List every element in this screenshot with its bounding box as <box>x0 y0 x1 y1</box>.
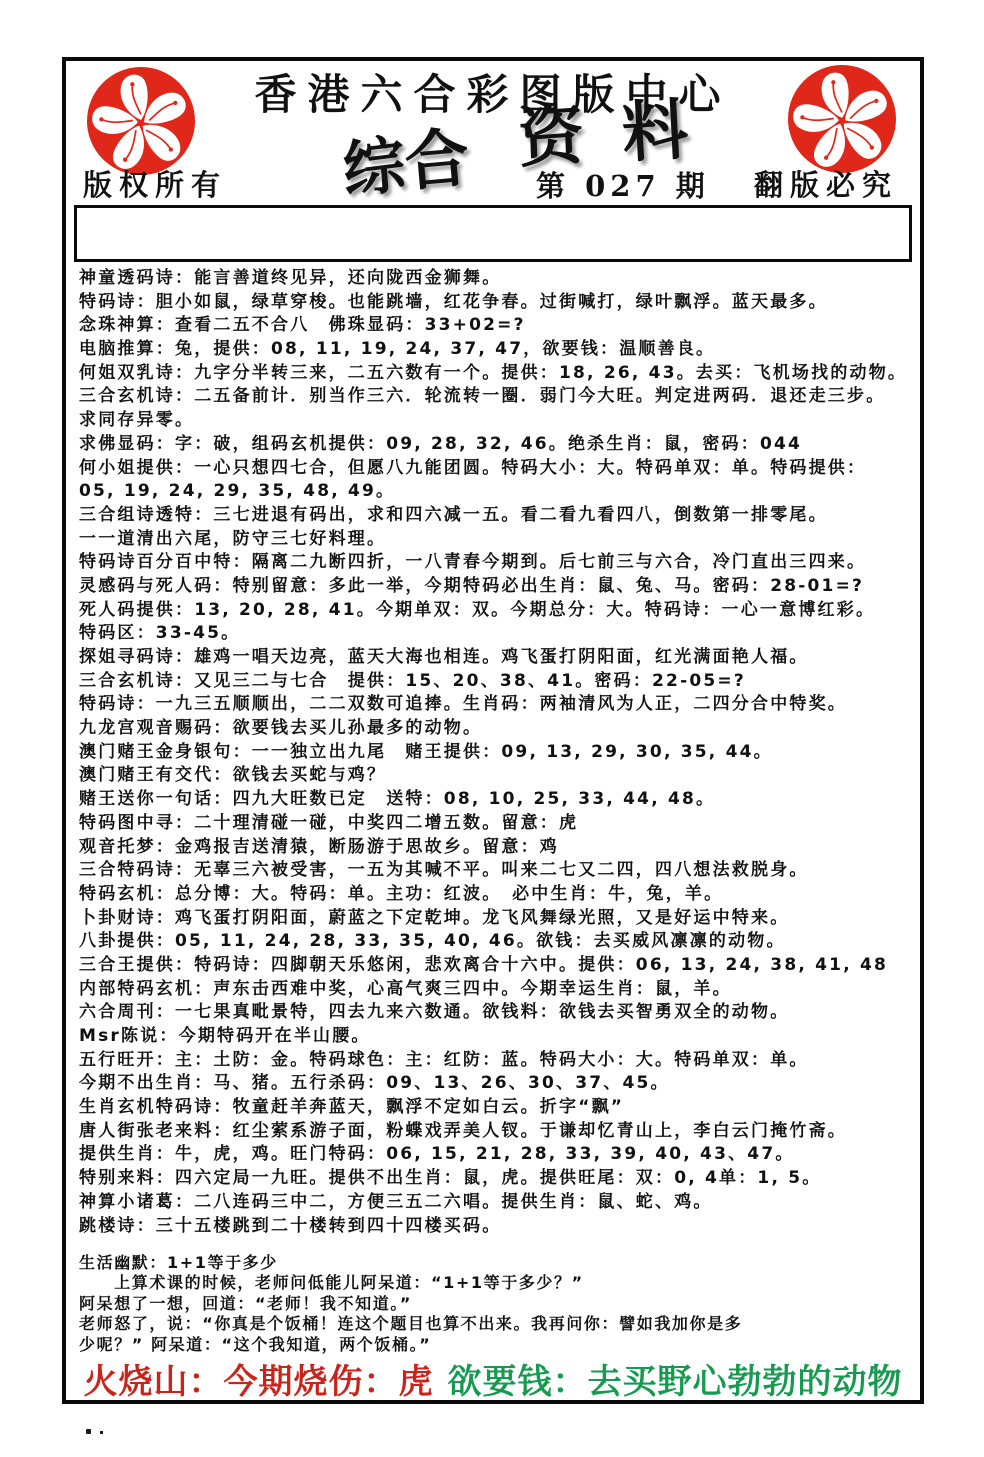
calligraphy-char: 料 <box>620 96 689 165</box>
text-line: 九龙宫观音赐码：欲要钱去买儿孙最多的动物。 <box>79 717 916 741</box>
text-line: 卜卦财诗：鸡飞蛋打阴阳面，蔚蓝之下定乾坤。龙飞风舞绿光照，又是好运中特来。 <box>79 907 916 931</box>
text-line: 特码诗：一九三五顺顺出，二二双数可追捧。生肖码：两袖清风为人正，二四分合中特奖。 <box>79 693 916 717</box>
text-line: 唐人街张老来料：红尘萦系游子面，粉蝶戏弄美人钗。于谦却忆青山上，李白云门掩竹斋。 <box>79 1120 916 1144</box>
text-line: 八卦提供：05, 11, 24, 28, 33, 35, 40, 46。欲钱：去… <box>79 930 916 954</box>
text-line: 三合王提供：特码诗：四脚朝天乐悠闲，悲欢离合十六中。提供：06, 13, 24,… <box>79 954 916 978</box>
content-lines: 神童透码诗：能言善道终见异，还向陇西金狮舞。特码诗：胆小如鼠，绿草穿梭。也能跳墙… <box>79 267 916 1238</box>
text-line: 05, 19, 24, 29, 35, 48, 49。 <box>79 480 916 504</box>
text-line: 特码诗：胆小如鼠，绿草穿梭。也能跳墙，红花争春。过街喊打，绿叶飘浮。蓝天最多。 <box>79 291 916 315</box>
text-line: 一一道清出六尾，防守三七好料理。 <box>79 528 916 552</box>
text-line: 生肖玄机特码诗：牧童赶羊奔蓝天，飘浮不定如白云。折字“飘” <box>79 1096 916 1120</box>
scan-artifact-dots <box>86 1429 91 1434</box>
text-line: 神童透码诗：能言善道终见异，还向陇西金狮舞。 <box>79 267 916 291</box>
text-line: 上算术课的时候，老师问低能儿阿呆道：“1+1等于多少？” <box>79 1273 916 1293</box>
text-line: 生活幽默：1+1等于多少 <box>79 1253 916 1273</box>
humor-lines: 生活幽默：1+1等于多少 上算术课的时候，老师问低能儿阿呆道：“1+1等于多少？… <box>79 1253 916 1355</box>
text-line: 何小姐提供：一心只想四七合，但愿八九能团圆。特码大小：大。特码单双：单。特码提供… <box>79 457 916 481</box>
text-line: 今期不出生肖：马、猪。五行杀码：09、13、26、30、37、45。 <box>79 1072 916 1096</box>
text-line: 神算小诸葛：二八连码三中二，方便三五二六唱。提供生肖：鼠、蛇、鸡。 <box>79 1191 916 1215</box>
issue-number: 第 027 期 <box>536 164 710 205</box>
copyright-right: 翻版必究 <box>754 163 898 204</box>
text-line: 求佛显码：字：破，组码玄机提供：09, 28, 32, 46。绝杀生肖：鼠，密码… <box>79 433 916 457</box>
text-line: 探姐寻码诗：雄鸡一唱天边亮，蓝天大海也相连。鸡飞蛋打阴阳面，红光满面艳人福。 <box>79 646 916 670</box>
text-line: 老师怒了，说：“你真是个饭桶！连这个题目也算不出来。我再问你：譬如我加你是多 <box>79 1314 916 1334</box>
text-line: 观音托梦：金鸡报吉送清猿，断肠游于思故乡。留意：鸡 <box>79 836 916 860</box>
text-line: 澳门赌王金身银句：一一独立出九尾 赌王提供：09, 13, 29, 30, 35… <box>79 741 916 765</box>
text-line: 少呢？” 阿呆道：“这个我知道，两个饭桶。” <box>79 1335 916 1355</box>
page-title: 香港六合彩图版中心 <box>66 62 920 122</box>
text-line: 三合组诗透特：三七进退有码出，求和四六减一五。看二看九看四八，倒数第一排零尾。 <box>79 504 916 528</box>
text-line: 灵感码与死人码：特别留意：多此一举，今期特码必出生肖：鼠、兔、马。密码：28-0… <box>79 575 916 599</box>
bottom-banner: 火烧山：今期烧伤：虎欲要钱：去买野心勃勃的动物 <box>66 1354 920 1403</box>
text-line: 念珠神算：查看二五不合八 佛珠显码：33+02=? <box>79 314 916 338</box>
text-line: 三合特码诗：无辜三六被受害，一五为其喊不平。叫来二七又二四，四八想法救脱身。 <box>79 859 916 883</box>
calligraphy-char: 合 <box>402 126 471 195</box>
calligraphy-char: 资 <box>517 101 585 172</box>
text-line: 特码区：33-45。 <box>79 622 916 646</box>
text-line: 特码图中寻：二十理清碰一碰，中奖四二增五数。留意：虎 <box>79 812 916 836</box>
text-line: 澳门赌王有交代：欲钱去买蛇与鸡？ <box>79 764 916 788</box>
text-line: 特别来料：四六定局一九旺。提供不出生肖：鼠，虎。提供旺尾：双：0, 4单：1, … <box>79 1167 916 1191</box>
text-line: 死人码提供：13, 20, 28, 41。今期单双：双。今期总分：大。特码诗：一… <box>79 599 916 623</box>
blank-notice-box <box>74 205 912 262</box>
text-line: 五行旺开：主：土防：金。特码球色：主：红防：蓝。特码大小：大。特码单双：单。 <box>79 1049 916 1073</box>
text-line: 特码玄机：总分博：大。特码：单。主功：红波。 必中生肖：牛，兔，羊。 <box>79 883 916 907</box>
text-line: 求同存异零。 <box>79 409 916 433</box>
calligraphy-char: 综 <box>341 133 407 202</box>
text-line: 阿呆想了一想，回道：“老师！我不知道。” <box>79 1294 916 1314</box>
copyright-left: 版权所有 <box>83 163 227 204</box>
text-line: Msr陈说：今期特码开在半山腰。 <box>79 1025 916 1049</box>
banner-green-text: 欲要钱：去买野心勃勃的动物 <box>448 1362 903 1402</box>
text-line: 何姐双乳诗：九字分半转三来，二五六数有一个。提供：18, 26, 43。去买：飞… <box>79 362 916 386</box>
text-line: 三合玄机诗：又见三二与七合 提供：15、20、38、41。密码：22-05=? <box>79 670 916 694</box>
text-line: 三合玄机诗：二五备前计．别当作三六．轮流转一圈．弱门今大旺。判定进两码．退还走三… <box>79 385 916 409</box>
text-line: 赌王送你一句话：四九大旺数已定 送特：08, 10, 25, 33, 44, 4… <box>79 788 916 812</box>
text-line: 内部特码玄机：声东击西难中奖，心高气爽三四中。今期幸运生肖：鼠，羊。 <box>79 978 916 1002</box>
text-line: 跳楼诗：三十五楼跳到二十楼转到四十四楼买码。 <box>79 1215 916 1239</box>
banner-red-text: 火烧山：今期烧伤：虎 <box>84 1362 434 1402</box>
text-line: 六合周刊：一七果真毗景特，四去九来六数通。欲钱料：欲钱去买智勇双全的动物。 <box>79 1001 916 1025</box>
text-line: 提供生肖：牛，虎，鸡。旺门特码：06, 15, 21, 28, 33, 39, … <box>79 1143 916 1167</box>
text-line: 特码诗百分百中特：隔离二九断四折，一八青春今期到。后七前三与六合，冷门直出三四来… <box>79 551 916 575</box>
text-line: 电脑推算：兔，提供：08, 11, 19, 24, 37, 47，欲要钱：温顺善… <box>79 338 916 362</box>
lottery-info-sheet: 香港六合彩图版中心 综合资料 第 027 期 版权所有 翻版必究 神童透码诗：能… <box>0 0 984 1457</box>
poster-frame: 香港六合彩图版中心 综合资料 第 027 期 版权所有 翻版必究 神童透码诗：能… <box>62 57 924 1404</box>
